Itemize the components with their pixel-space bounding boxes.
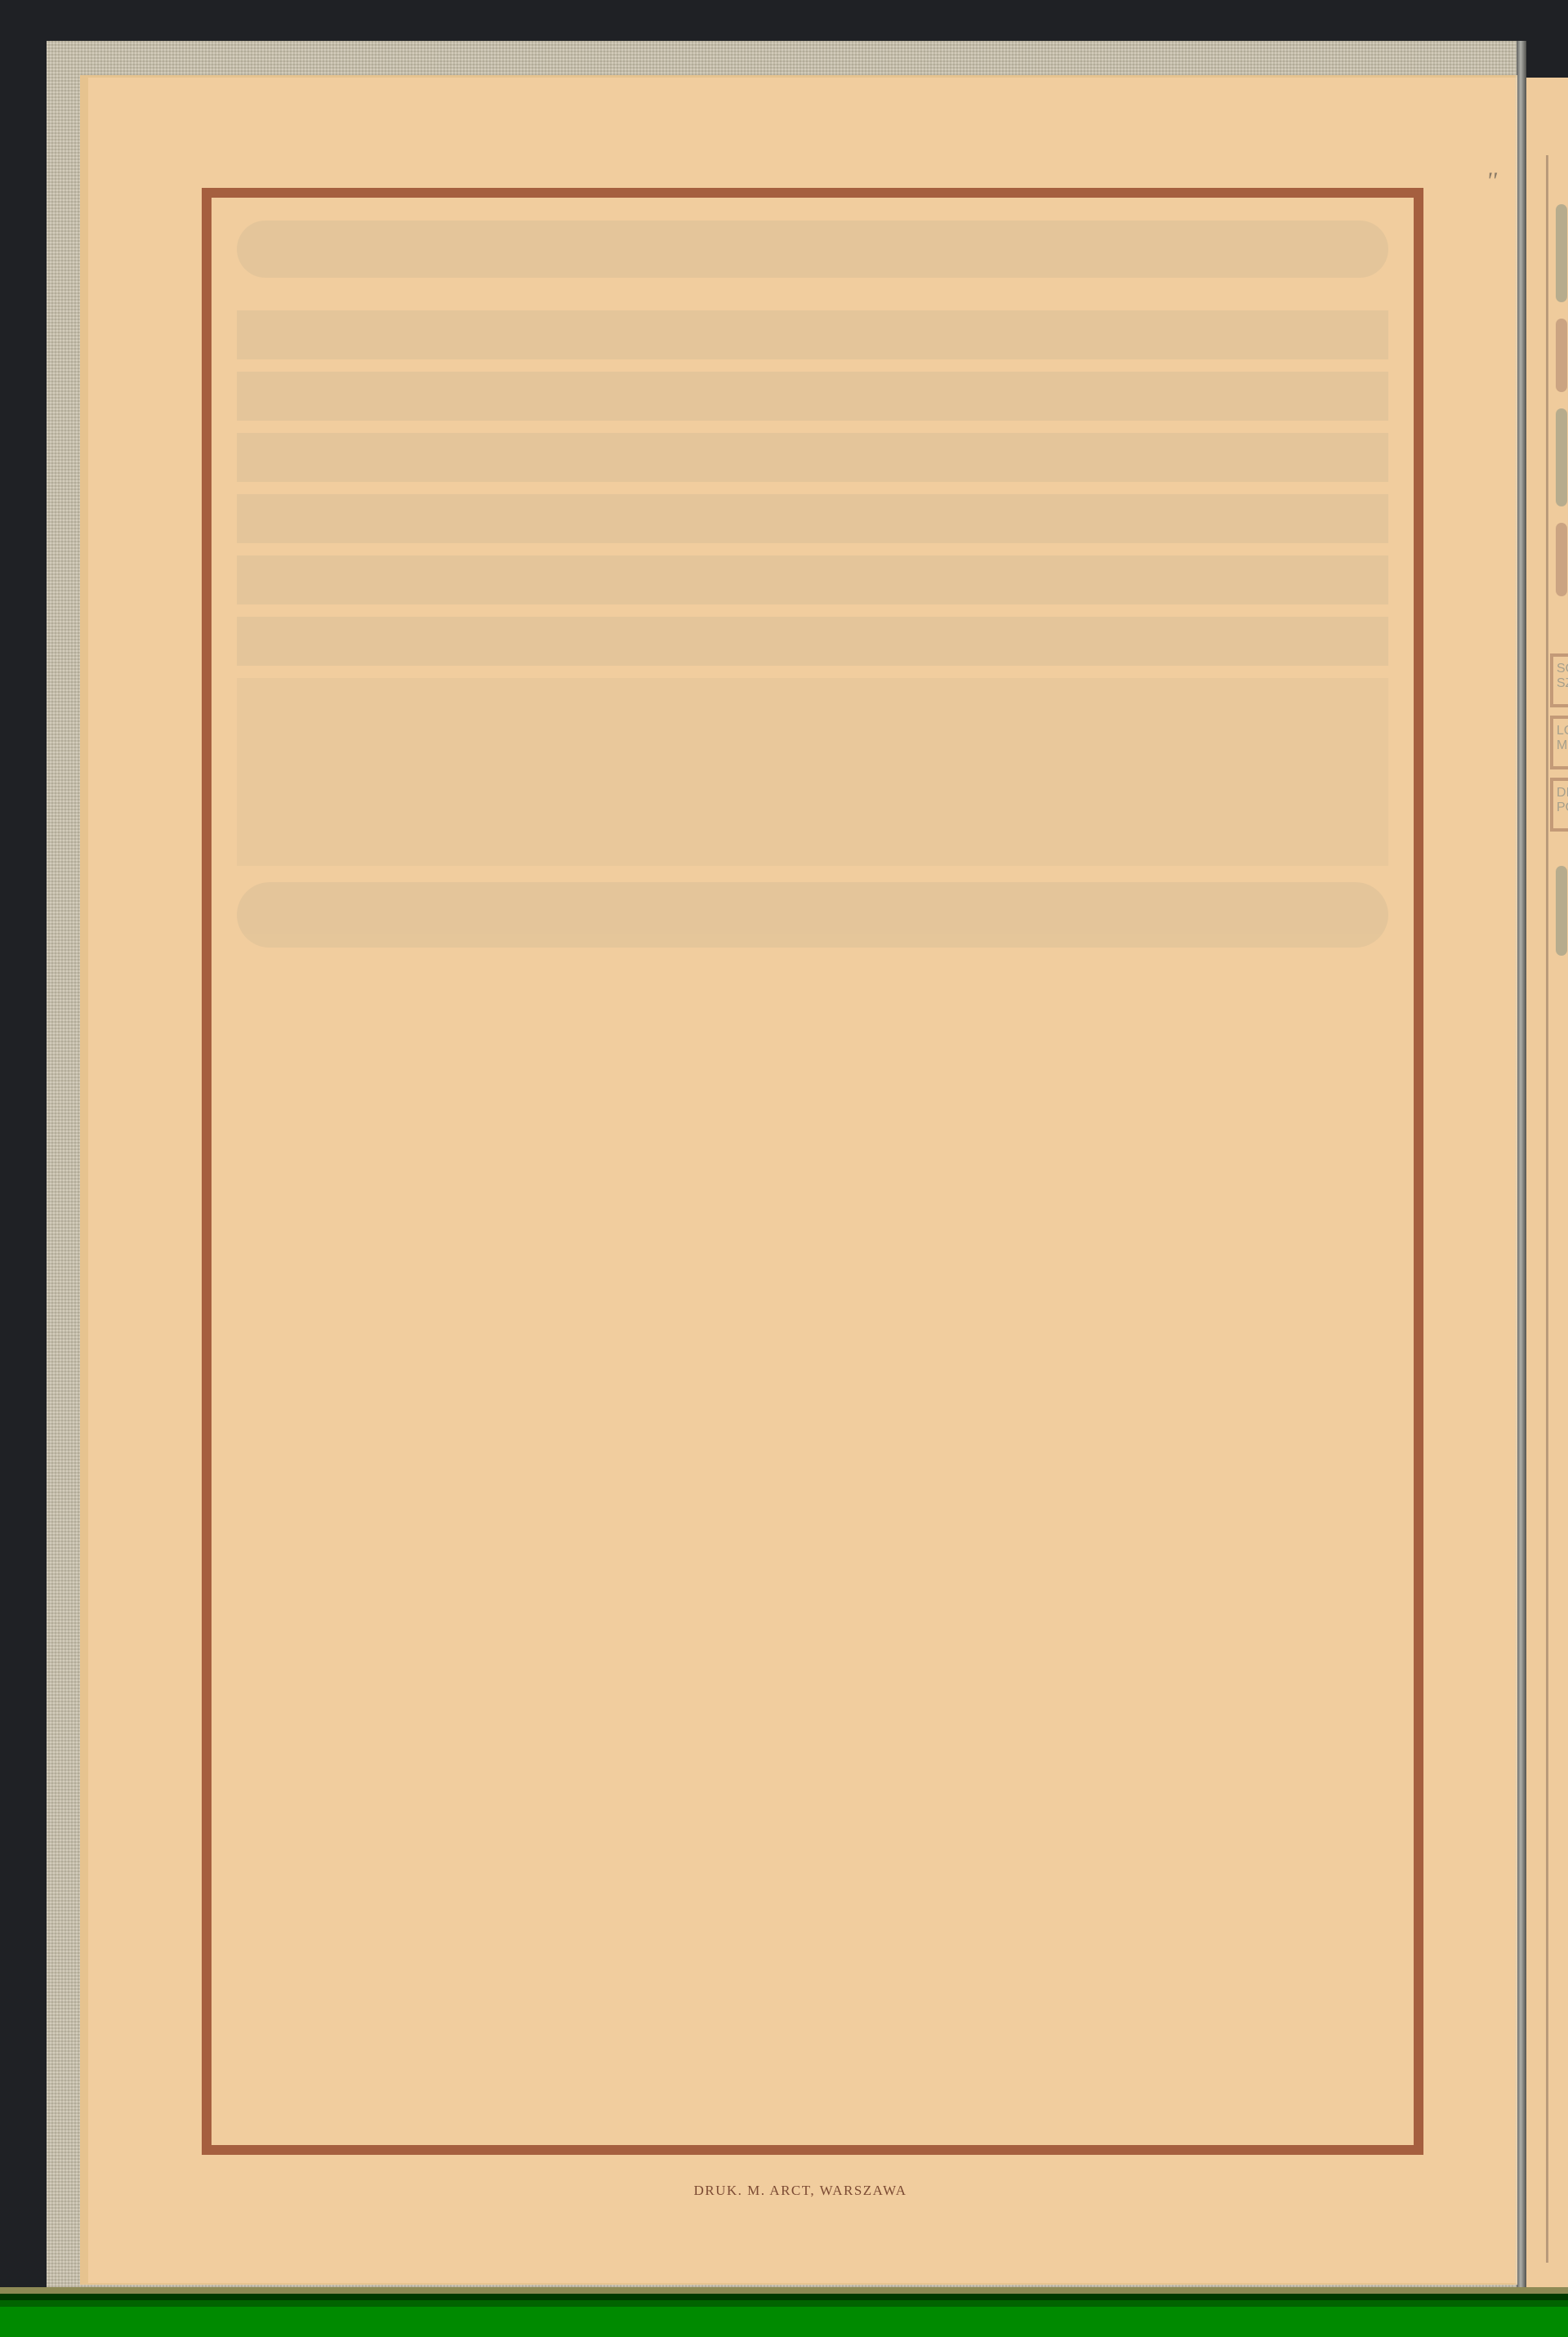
- label-line: MIE: [1557, 738, 1568, 753]
- adjacent-label-3: DIS PO: [1550, 778, 1568, 832]
- ornament-letter-icon: [1556, 523, 1567, 596]
- ornament-letter-icon: [1556, 408, 1567, 506]
- bottom-bar-green: [0, 2307, 1568, 2337]
- label-line: DIS: [1557, 786, 1568, 801]
- ornament-letter-icon: [1556, 319, 1567, 392]
- bottom-bar-mid: [0, 2300, 1568, 2307]
- label-line: SCH: [1557, 662, 1568, 676]
- bottom-bar-dark: [0, 2294, 1568, 2300]
- ornament-letter-icon: [1556, 866, 1567, 956]
- adjacent-label-1: SCH SZK: [1550, 653, 1568, 707]
- label-line: LOG: [1557, 724, 1568, 738]
- bottom-bar-olive: [0, 2287, 1568, 2294]
- printer-imprint: DRUK. M. ARCT, WARSZAWA: [0, 2183, 1568, 2199]
- label-line: SZK: [1557, 676, 1568, 691]
- imprint-text: DRUK. M. ARCT, WARSZAWA: [693, 2183, 906, 2199]
- label-line: PO: [1557, 801, 1568, 815]
- adjacent-label-2: LOG MIE: [1550, 716, 1568, 769]
- page-border-frame: [202, 188, 1423, 2155]
- plastic-sleeve-edge: [1515, 41, 1526, 2289]
- page-mark: '': [1486, 167, 1497, 195]
- ornament-letter-icon: [1556, 204, 1567, 302]
